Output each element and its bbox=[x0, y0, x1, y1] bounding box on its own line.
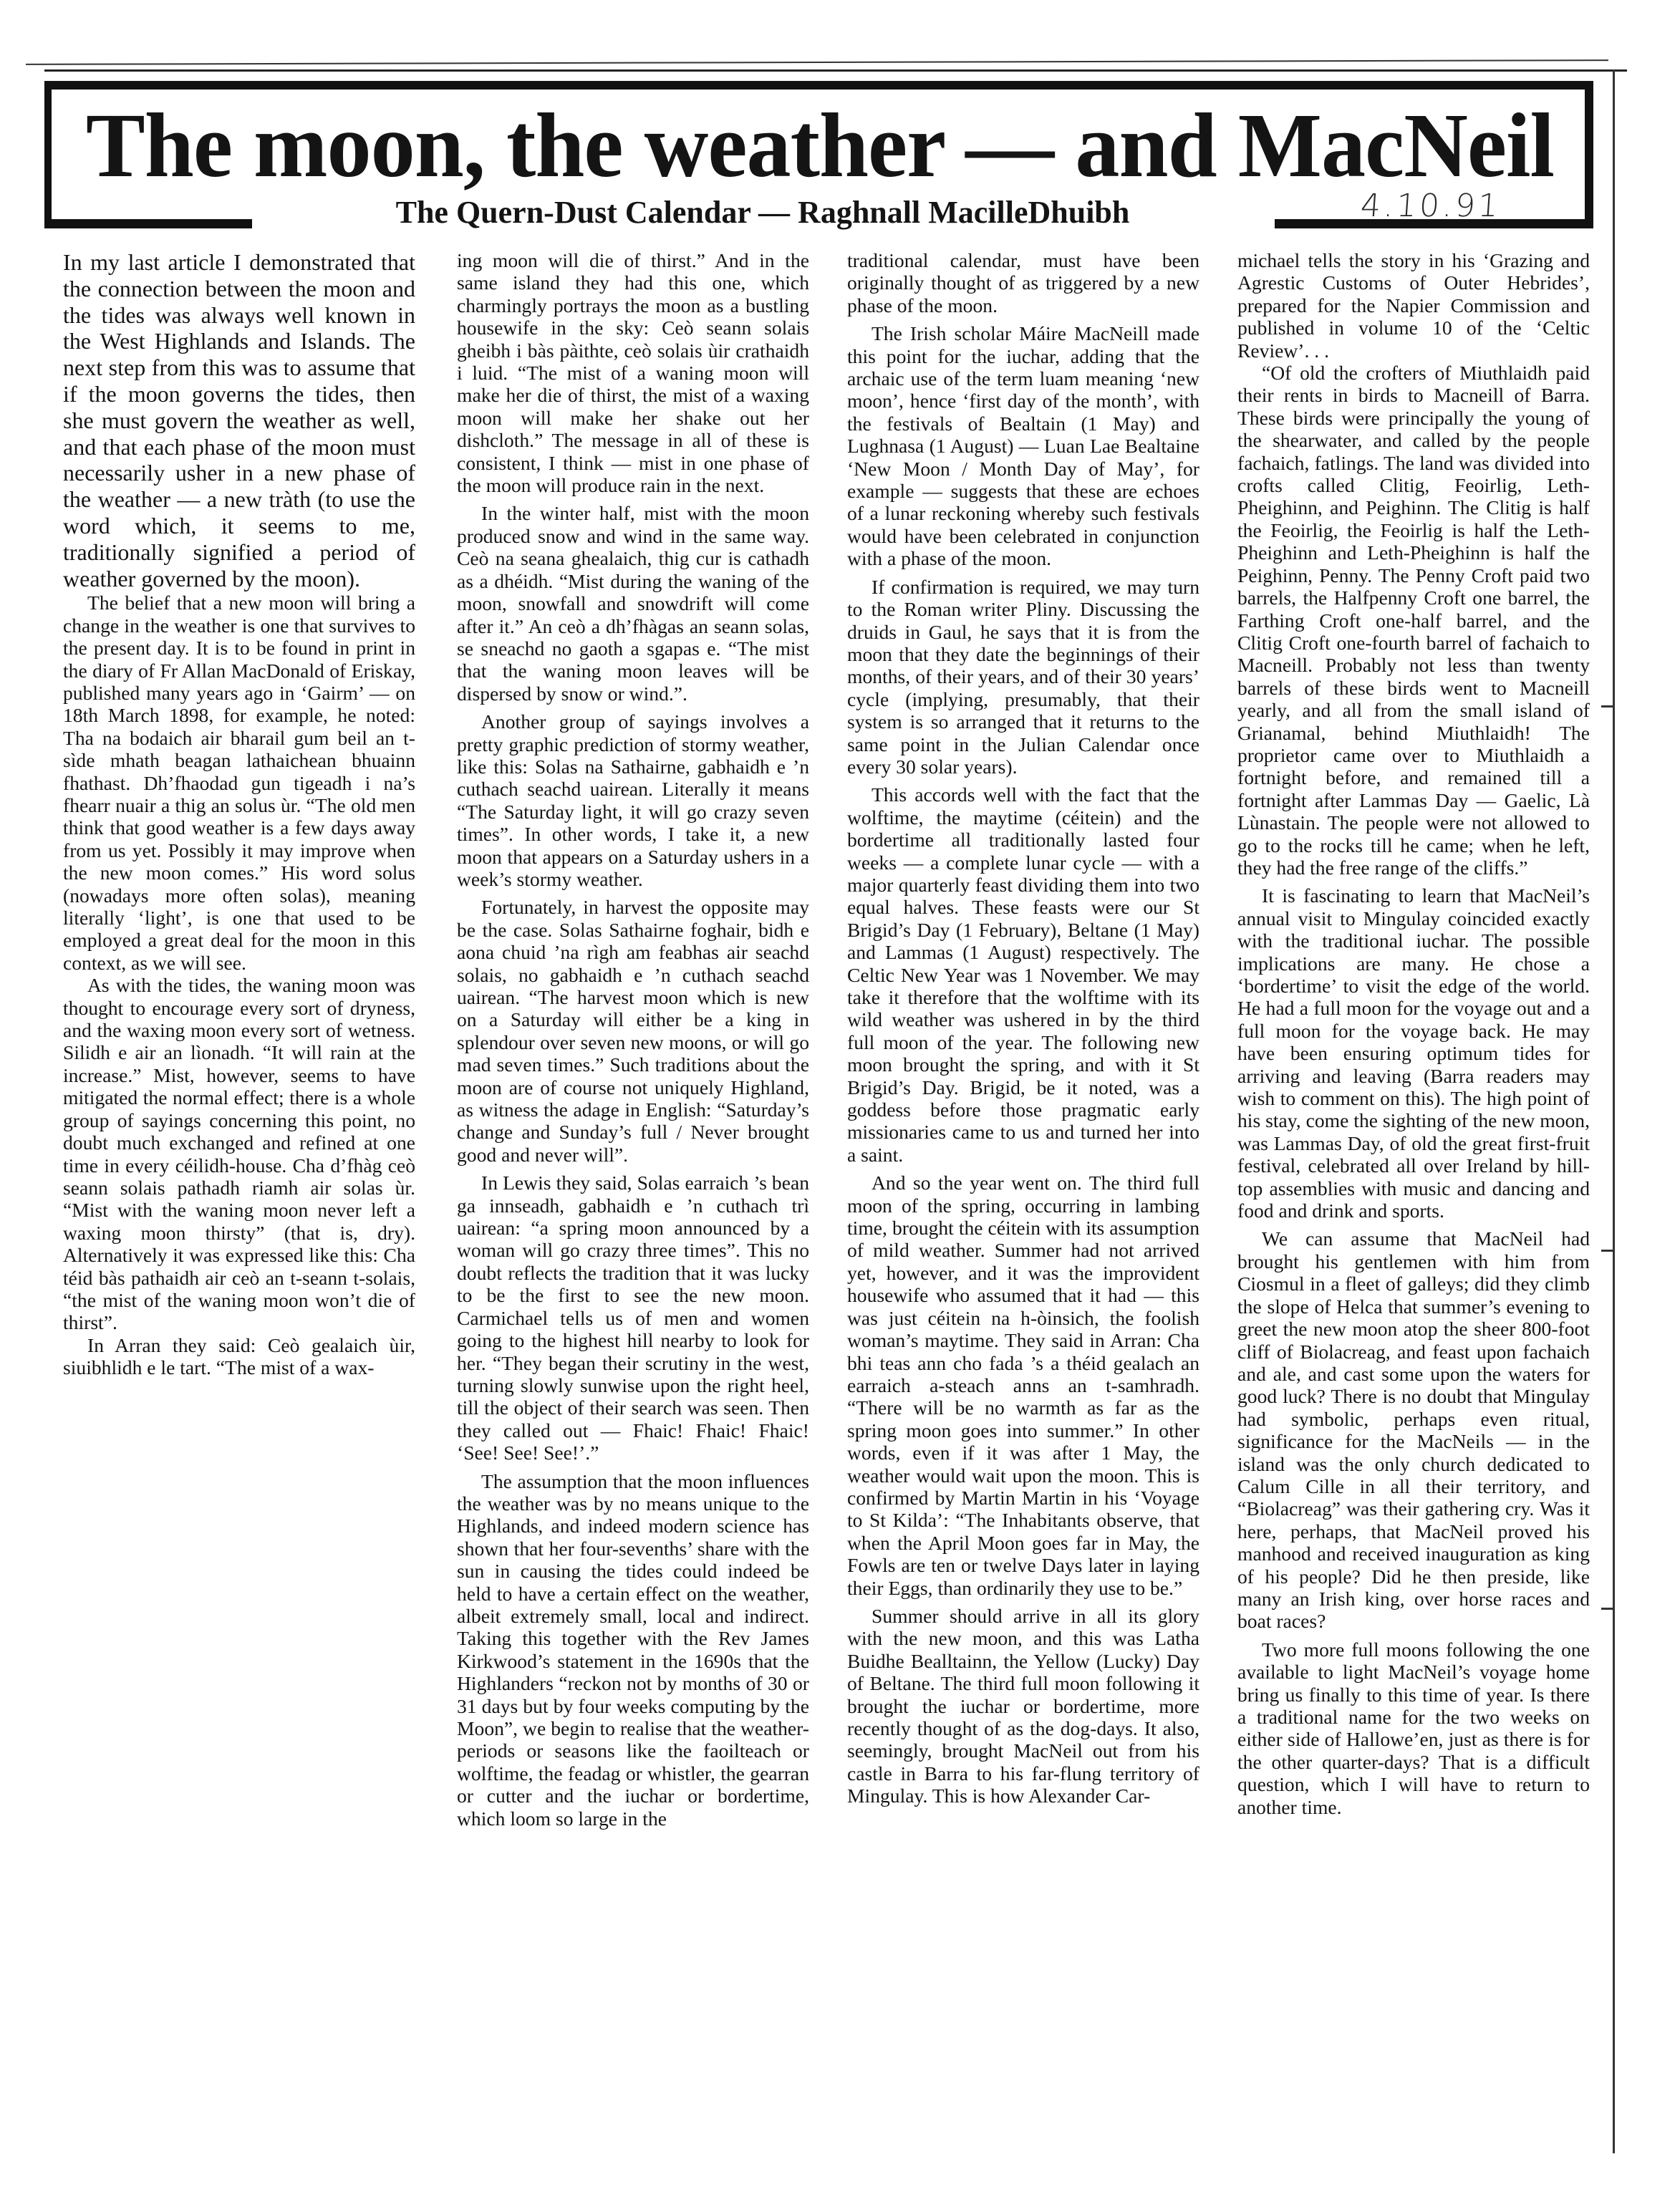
paragraph: The assumption that the moon influences … bbox=[457, 1470, 809, 1830]
rule-tick bbox=[1601, 1250, 1614, 1252]
paragraph: traditional calendar, must have been ori… bbox=[847, 249, 1199, 317]
paragraph: In Lewis they said, Solas earraich ’s be… bbox=[457, 1172, 809, 1464]
paragraph: The belief that a new moon will bring a … bbox=[63, 591, 415, 974]
paragraph: “Of old the crofters of Miuthlaidh paid … bbox=[1237, 362, 1590, 879]
paragraph: In my last article I demonstrated that t… bbox=[63, 249, 415, 591]
paragraph: Summer should arrive in all its glory wi… bbox=[847, 1605, 1199, 1807]
rule-tick bbox=[1601, 705, 1614, 708]
paragraph: If confirmation is required, we may turn… bbox=[847, 576, 1199, 778]
right-column-rule bbox=[1613, 69, 1615, 2153]
handwritten-date: 4.10.91 bbox=[1359, 188, 1502, 224]
top-rule-double bbox=[44, 69, 1627, 72]
paragraph: The Irish scholar Máire MacNeill made th… bbox=[847, 322, 1199, 569]
paragraph: In Arran they said: Ceò gealaich ùir, si… bbox=[63, 1334, 415, 1379]
paragraph: We can assume that MacNeil had brought h… bbox=[1237, 1227, 1590, 1632]
paragraph: It is fascinating to learn that MacNeil’… bbox=[1237, 884, 1590, 1222]
headline: The moon, the weather — and MacNeil bbox=[24, 99, 1615, 192]
paragraph: As with the tides, the waning moon was t… bbox=[63, 974, 415, 1334]
top-rule bbox=[26, 59, 1608, 65]
paragraph: Two more full moons following the one av… bbox=[1237, 1638, 1590, 1818]
article-column-4: michael tells the story in his ‘Grazing … bbox=[1237, 249, 1590, 1818]
article-column-1: In my last article I demonstrated that t… bbox=[63, 249, 415, 1379]
paragraph: In the winter half, mist with the moon p… bbox=[457, 502, 809, 705]
article-column-2: ing moon will die of thirst.” And in the… bbox=[457, 249, 809, 1830]
paragraph: Fortunately, in harvest the opposite may… bbox=[457, 896, 809, 1166]
subhead-byline: The Quern-Dust Calendar — Raghnall Macil… bbox=[258, 195, 1268, 231]
paragraph: And so the year went on. The third full … bbox=[847, 1172, 1199, 1599]
rule-tick bbox=[1601, 1608, 1614, 1610]
article-column-3: traditional calendar, must have been ori… bbox=[847, 249, 1199, 1807]
paragraph: ing moon will die of thirst.” And in the… bbox=[457, 249, 809, 496]
paragraph: michael tells the story in his ‘Grazing … bbox=[1237, 249, 1590, 362]
headline-box-bottom-left bbox=[44, 219, 252, 228]
paragraph: Another group of sayings involves a pret… bbox=[457, 710, 809, 890]
paragraph: This accords well with the fact that the… bbox=[847, 783, 1199, 1166]
